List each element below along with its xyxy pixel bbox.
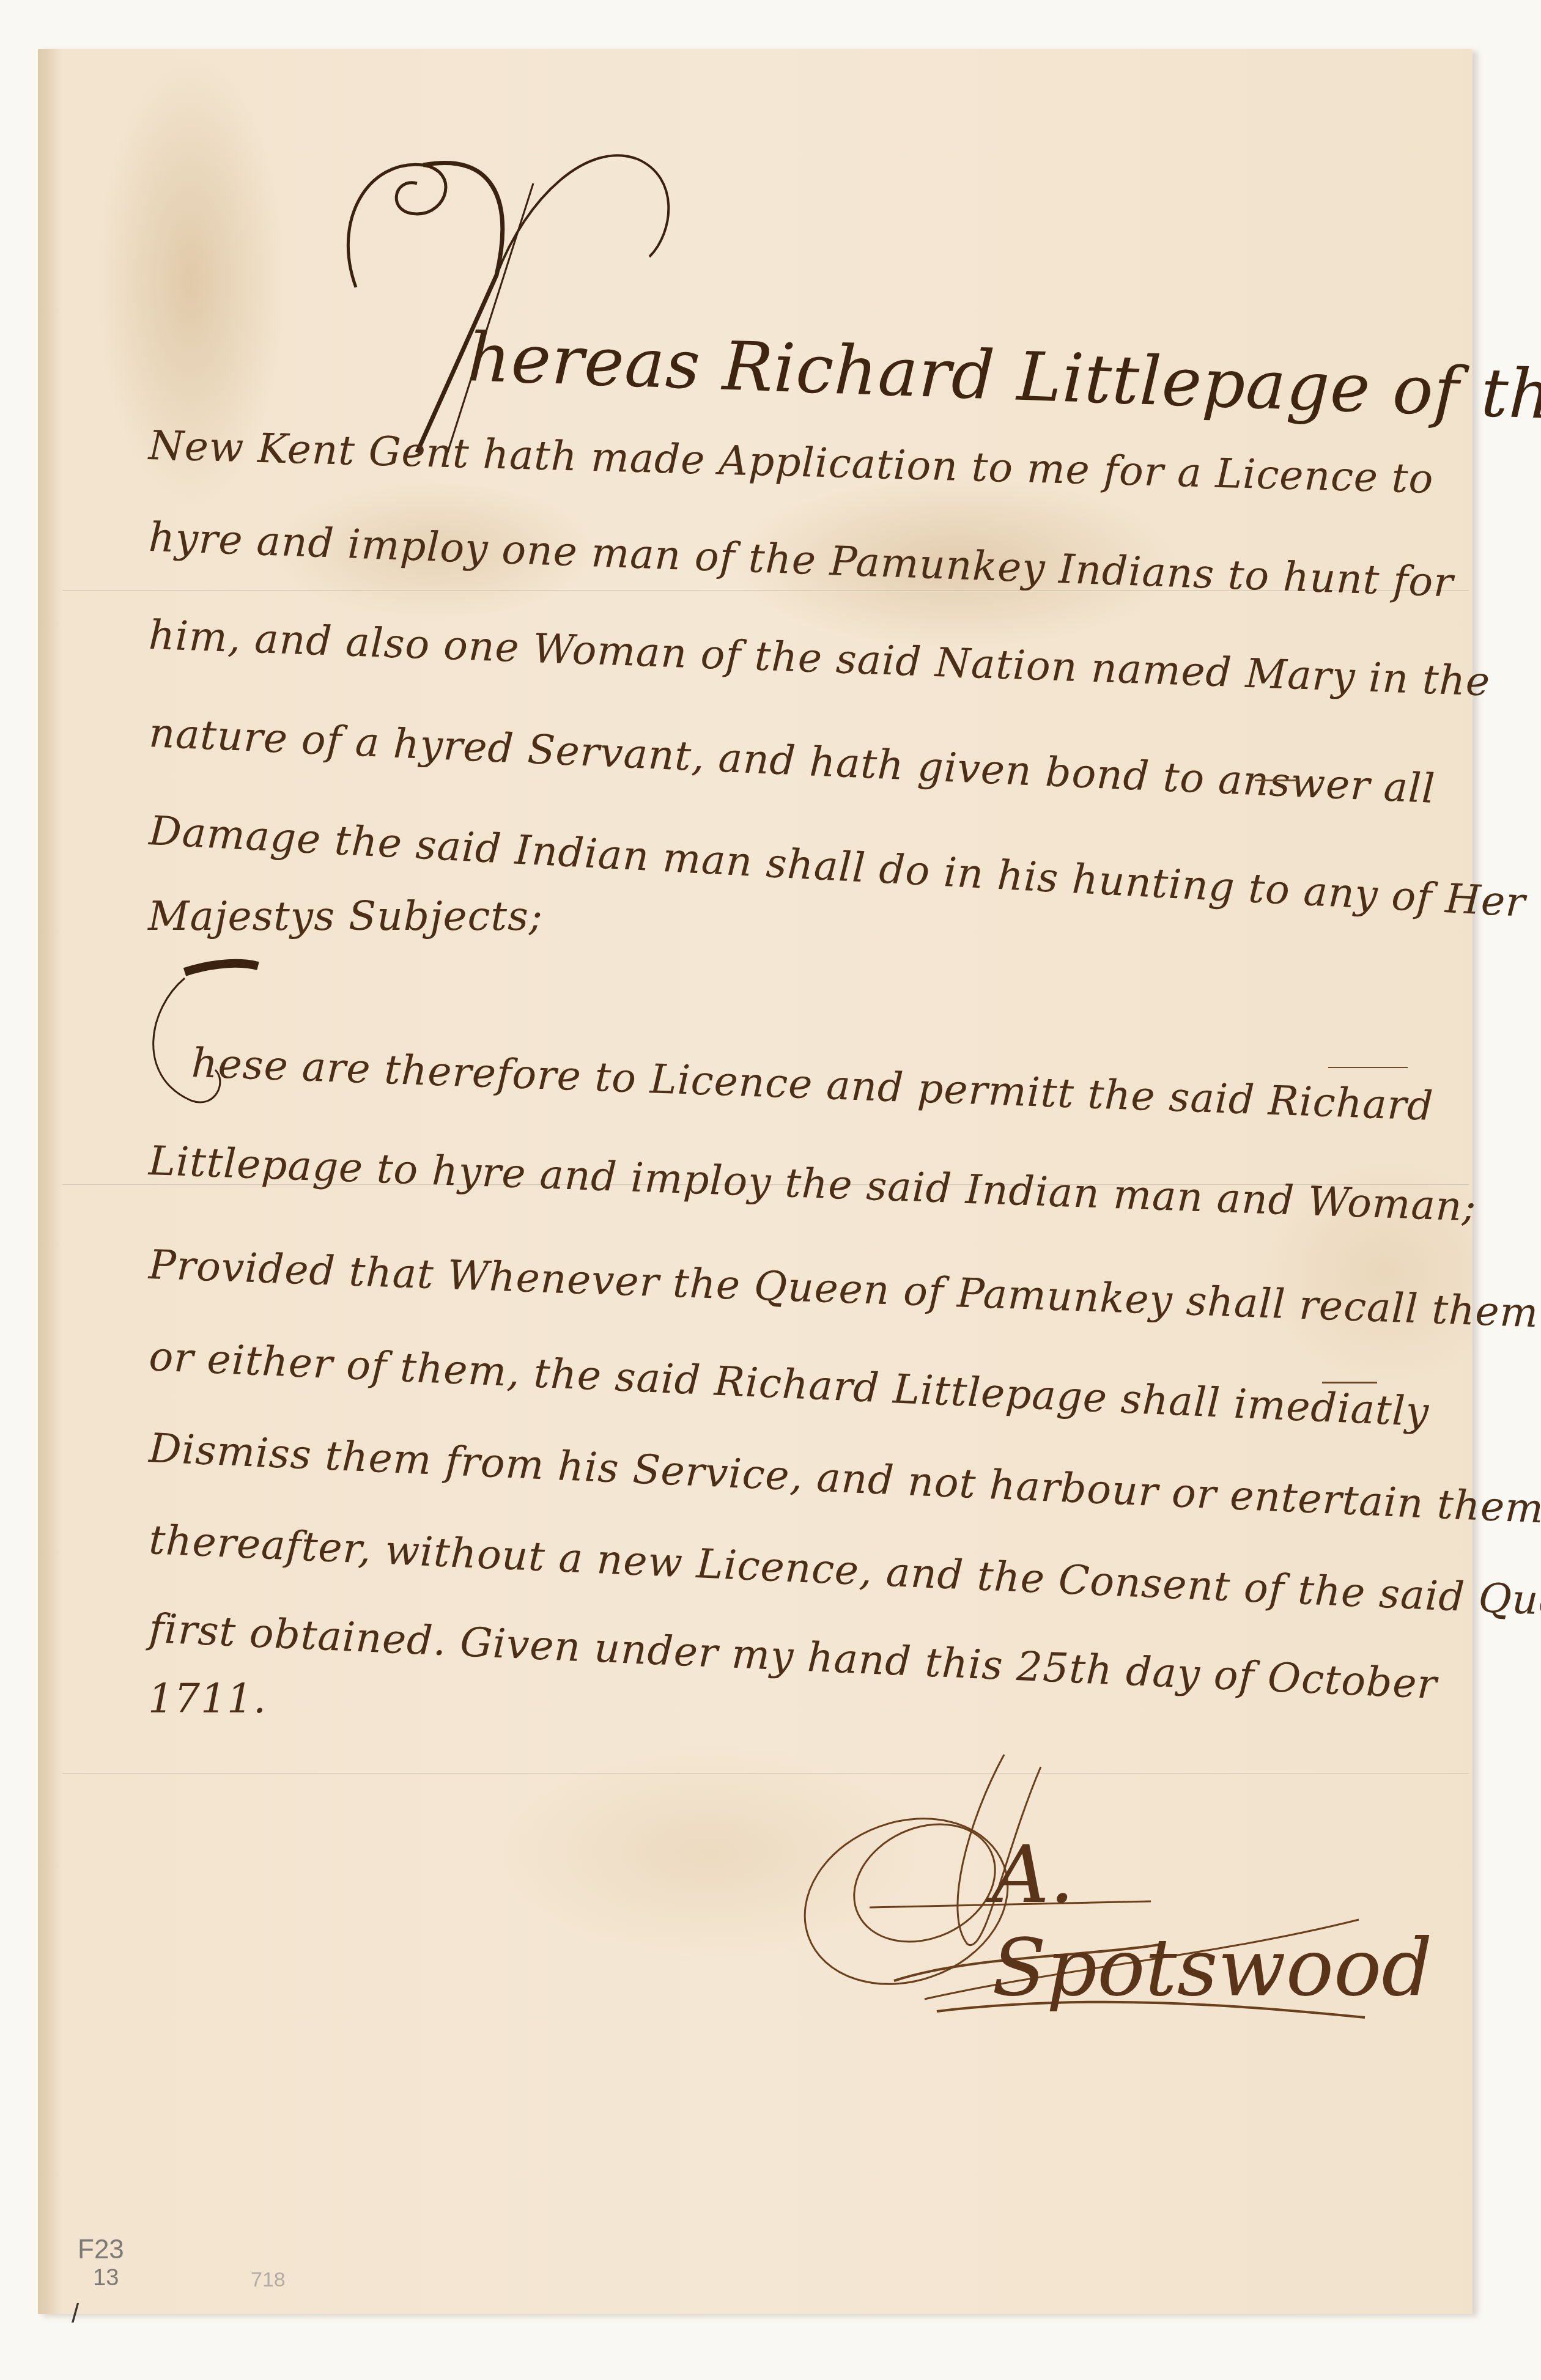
paragraph-2-line-5: Dismiss them from his Service, and not h… [148,1424,1541,1533]
paragraph-2-line-1: hese are therefore to Licence and permit… [191,1039,1435,1130]
manuscript-page: hereas Richard Littlepage of the County … [38,49,1473,2314]
line-filler-dash [1328,1067,1408,1068]
initial-t-flourish-icon [124,954,283,1119]
pencil-number-mark: 718 [251,2268,286,2292]
paragraph-2-line-7: first obtained. Given under my hand this… [148,1605,1438,1708]
paragraph-1-line-3: hyre and imploy one man of the Pamunkey … [148,514,1454,606]
signature: A. Spotswood [992,1828,1473,2014]
catalog-mark-line-1: F23 [78,2234,124,2265]
paragraph-2-line-2: Littlepage to hyre and imploy the said I… [148,1137,1477,1231]
catalog-mark-line-2: 13 [93,2265,119,2291]
line-filler-dash [1322,1382,1377,1383]
paragraph-1-line-7: Majestys Subjects; [148,893,543,940]
paragraph-2-line-3: Provided that Whenever the Queen of Pamu… [148,1241,1540,1336]
paragraph-2-line-8: 1711. [148,1675,267,1722]
initial-w-flourish-icon [331,122,759,465]
catalog-mark-tick: / [72,2299,79,2329]
paragraph-1-line-2: New Kent Gent hath made Application to m… [148,422,1434,503]
paragraph-2-line-6: thereafter, without a new Licence, and t… [148,1516,1541,1627]
line-filler-dash [1255,779,1298,781]
paragraph-1-line-5: nature of a hyred Servant, and hath give… [148,709,1436,812]
paragraph-1-line-4: him, and also one Woman of the said Nati… [148,611,1491,706]
paragraph-2-line-4: or either of them, the said Richard Litt… [148,1333,1430,1435]
paper-edge-stain [38,49,62,2314]
